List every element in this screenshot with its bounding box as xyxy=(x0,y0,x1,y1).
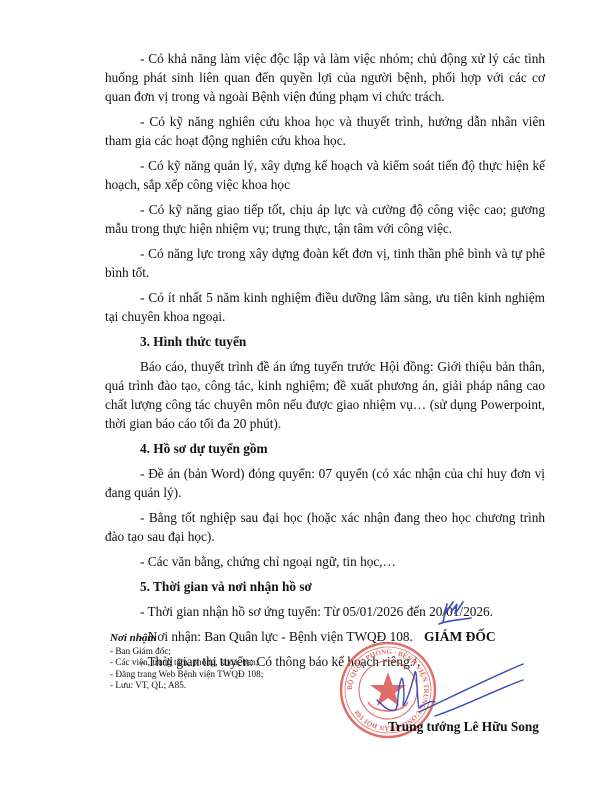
dossier-item: - Bằng tốt nghiệp sau đại học (hoặc xác … xyxy=(105,508,545,546)
signatory-name: Trung tướng Lê Hữu Song xyxy=(388,719,539,735)
recipient-item: - Ban Giám đốc; xyxy=(110,646,330,657)
requirement-item: - Có năng lực trong xây dựng đoàn kết đơ… xyxy=(105,244,545,282)
recipients-block: Nơi nhận: - Ban Giám đốc; - Các viện, tr… xyxy=(110,632,330,691)
initial-signature-icon xyxy=(437,598,473,626)
section-heading-dossier: 4. Hồ sơ dự tuyển gồm xyxy=(105,439,545,458)
dossier-item: - Đề án (bản Word) đóng quyển: 07 quyển … xyxy=(105,464,545,502)
document-page: - Có khả năng làm việc độc lập và làm vi… xyxy=(0,0,612,791)
requirement-item: - Có kỹ năng giao tiếp tốt, chịu áp lực … xyxy=(105,200,545,238)
requirement-item: - Có kỹ năng quản lý, xây dựng kế hoạch … xyxy=(105,156,545,194)
recipient-item: - Đăng trang Web Bệnh viện TWQĐ 108; xyxy=(110,669,330,680)
timeline-item: - Thời gian nhận hồ sơ ứng tuyển: Từ 05/… xyxy=(105,602,545,621)
dossier-item: - Các văn bằng, chứng chỉ ngoại ngữ, tin… xyxy=(105,552,545,571)
director-signature-icon xyxy=(375,650,525,730)
requirement-item: - Có kỹ năng nghiên cứu khoa học và thuy… xyxy=(105,112,545,150)
section-heading-timeline: 5. Thời gian và nơi nhận hồ sơ xyxy=(105,577,545,596)
document-body: - Có khả năng làm việc độc lập và làm vi… xyxy=(105,49,545,677)
requirement-item: - Có ít nhất 5 năm kinh nghiệm điều dưỡn… xyxy=(105,288,545,326)
recipient-item: - Các viện, trung tâm, phòng, khoa, ban; xyxy=(110,657,330,668)
section-text-format: Báo cáo, thuyết trình đề án ứng tuyển tr… xyxy=(105,357,545,433)
recipients-title: Nơi nhận: xyxy=(110,632,330,645)
requirement-item: - Có khả năng làm việc độc lập và làm vi… xyxy=(105,49,545,106)
section-heading-format: 3. Hình thức tuyển xyxy=(105,332,545,351)
recipient-item: - Lưu: VT, QL; A85. xyxy=(110,680,330,691)
